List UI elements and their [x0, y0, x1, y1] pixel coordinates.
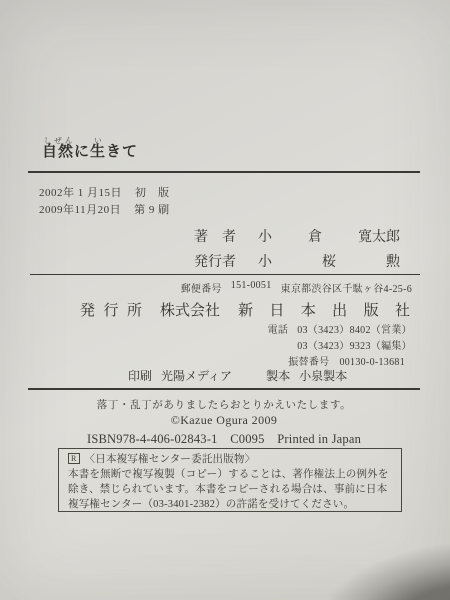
divider-above-footer	[28, 388, 420, 390]
jrrc-r-mark-icon: R	[68, 453, 80, 464]
divider-under-title	[28, 171, 420, 173]
isbn-line: ISBN978-4-406-02843-1 C0095 Printed in J…	[28, 429, 420, 447]
colophon-page: 自然しぜんに生いきて 2002年 1 月15日初 版 2009年11月20日第 …	[0, 0, 450, 600]
phone-label: 電話	[268, 325, 289, 336]
issuer-name-part: 桜	[322, 251, 336, 271]
edition-dates: 2002年 1 月15日初 版 2009年11月20日第 9 刷	[39, 185, 170, 219]
issuer-row: 発行者 小 桜 勲	[194, 251, 400, 271]
rights-body-line-3: 複写権センター（03-3401-2382）の許諾を受けてください。	[68, 497, 393, 512]
binding-label: 製本	[266, 367, 290, 384]
print-label: 印刷	[128, 367, 152, 384]
defect-notice: 落丁・乱丁がありましたらおとりかえいたします。	[28, 397, 420, 412]
publisher-address: 東京都渋谷区千駄ヶ谷4-25-6	[281, 280, 412, 295]
author-name-part: 小	[258, 226, 272, 246]
publisher-company-prefix: 株式会社	[160, 299, 220, 320]
postal-label: 郵便番号	[181, 280, 222, 295]
author-name-part: 倉	[308, 226, 322, 246]
rights-heading-row: R〈日本複写権センター委託出版物〉	[68, 452, 393, 467]
postal-address-row: 郵便番号 151-0051 東京都渋谷区千駄ヶ谷4-25-6	[181, 280, 412, 295]
phone-editorial-row: 03（3423）9323（編集）	[297, 337, 412, 352]
publisher-row: 発行所 株式会社 新日本出版社	[80, 299, 410, 320]
binding-company: 小泉製本	[299, 367, 347, 384]
author-name: 小 倉 寛太郎	[258, 226, 400, 246]
rights-heading: 〈日本複写権センター委託出版物〉	[85, 454, 256, 465]
reproduction-rights-box: R〈日本複写権センター委託出版物〉 本書を無断で複写複製（コピー）することは、著…	[58, 448, 402, 512]
phone-sales-row: 電話03（3423）8402（営業）	[268, 321, 412, 336]
issuer-name: 小 桜 勲	[258, 251, 400, 271]
copyright-line: ©Kazue Ogura 2009	[28, 413, 420, 428]
issuer-name-part: 勲	[386, 251, 400, 271]
issuer-label: 発行者	[194, 251, 236, 271]
printing-row: 印刷 光陽メディア 製本 小泉製本	[128, 367, 390, 384]
ninth-printing-row: 2009年11月20日第 9 刷	[39, 202, 170, 219]
title-ruby-iki: 生い	[90, 144, 106, 160]
publisher-company-name: 新日本出版社	[238, 299, 410, 320]
publisher-office-label: 発行所	[80, 299, 142, 320]
phone-editorial-number: 03（3423）9323（編集）	[297, 341, 412, 352]
ninth-printing-label: 第 9 刷	[134, 204, 170, 216]
rights-body-line-2: 除き、禁じられています。本書をコピーされる場合は、事前に日本	[68, 482, 393, 497]
first-edition-date: 2002年 1 月15日	[39, 187, 122, 199]
title-ruby-shizen: 自然しぜん	[42, 144, 74, 160]
divider-under-credits	[30, 274, 420, 275]
book-title: 自然しぜんに生いきて	[42, 136, 138, 161]
author-row: 著者 小 倉 寛太郎	[194, 226, 400, 246]
print-company: 光陽メディア	[161, 367, 232, 384]
author-name-part: 寛太郎	[358, 226, 400, 246]
first-edition-label: 初 版	[135, 187, 170, 199]
postal-code: 151-0051	[231, 280, 272, 295]
ninth-printing-date: 2009年11月20日	[39, 204, 121, 216]
first-edition-row: 2002年 1 月15日初 版	[39, 185, 170, 202]
author-label: 著者	[194, 226, 236, 246]
phone-sales-number: 03（3423）8402（営業）	[297, 325, 412, 336]
rights-body-line-1: 本書を無断で複写複製（コピー）することは、著作権法上の例外を	[68, 467, 393, 482]
giro-row: 振替番号00130-0-13681	[288, 353, 405, 368]
issuer-name-part: 小	[258, 251, 272, 271]
